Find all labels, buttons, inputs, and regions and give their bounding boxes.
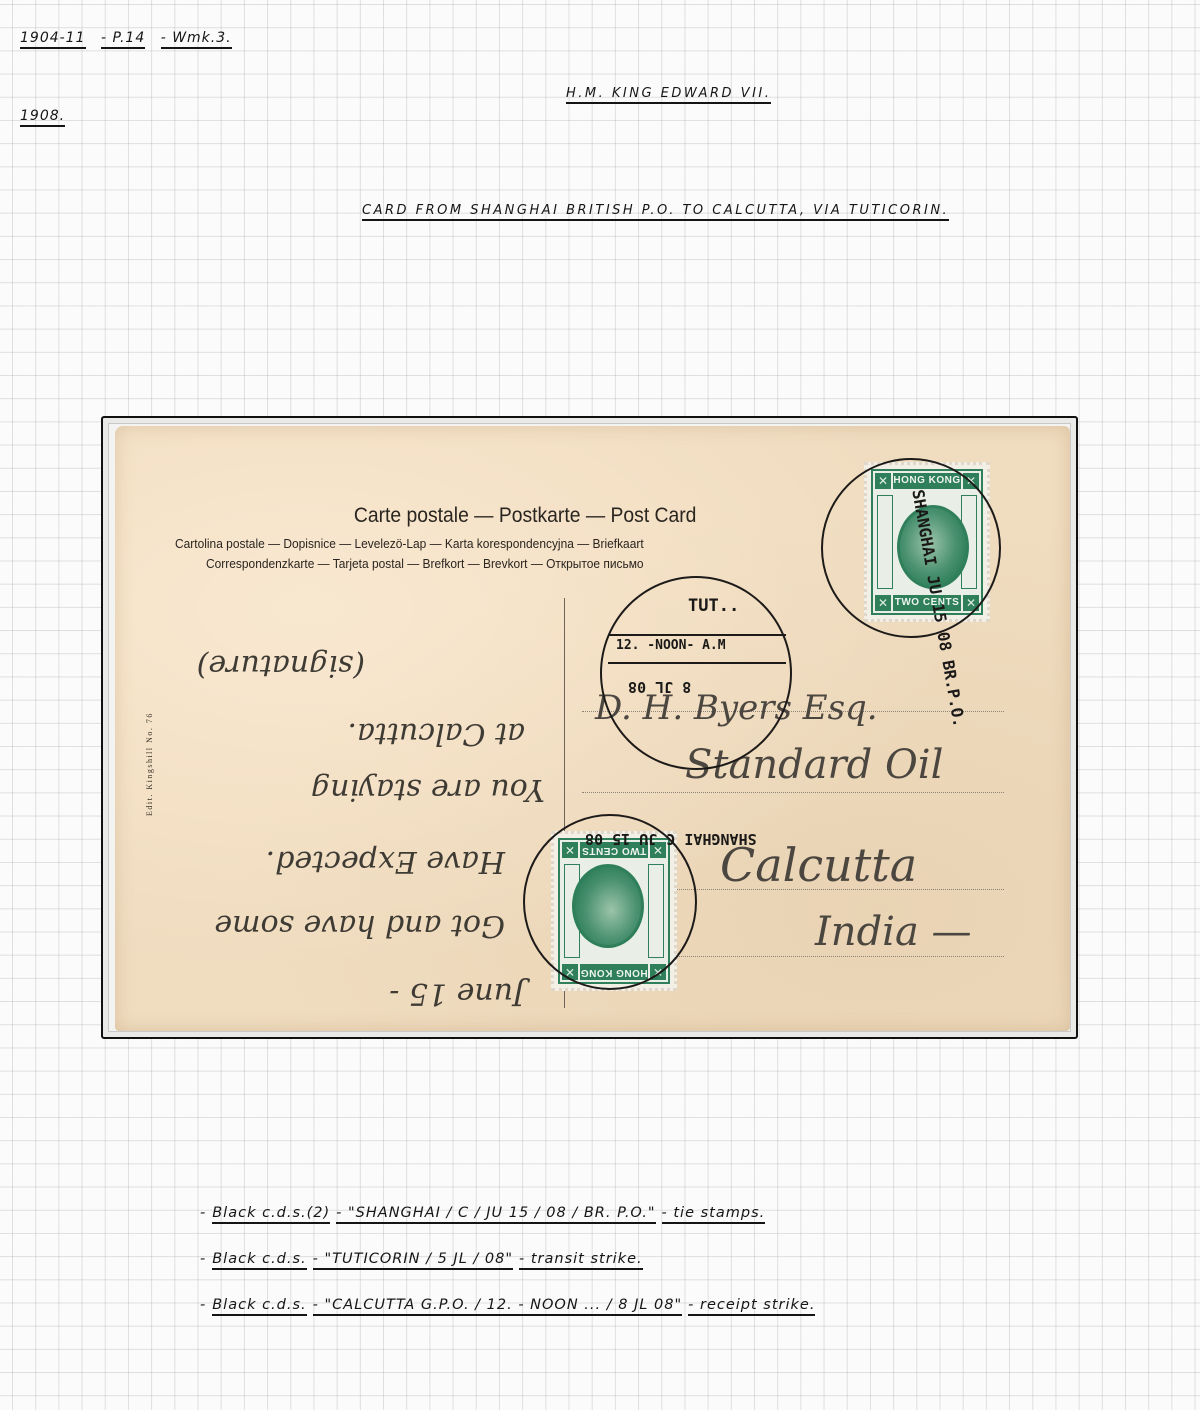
note-label: Black c.d.s. <box>212 1251 306 1270</box>
note-role: - transit strike. <box>519 1251 643 1270</box>
note-row: -Black c.d.s.- "TUTICORIN / 5 JL / 08"- … <box>200 1251 821 1297</box>
issue-years: 1904-11 <box>20 30 86 49</box>
message-line: Have Expected. <box>266 844 505 879</box>
postmark-text: SHANGHAI JU 15 08 BR.P.O. <box>908 488 969 728</box>
message-line: You are staying <box>311 772 545 807</box>
postmark-tuticorin: TUT.. 12. -NOON- A.M 8 JL 08 <box>600 576 792 770</box>
postmark-shanghai-1: SHANGHAI JU 15 08 BR.P.O. <box>821 458 1001 638</box>
address-line-2 <box>582 792 1004 793</box>
postmark-time: 12. -NOON- A.M <box>616 638 726 653</box>
postcard: Carte postale — Postkarte — Post Card Ca… <box>115 426 1070 1031</box>
postcard-title: Carte postale — Postkarte — Post Card <box>115 504 696 528</box>
message-line: at Calcutta. <box>347 716 525 751</box>
issue-heading: 1904-11 - P.14 - Wmk.3. <box>20 30 242 46</box>
note-row: -Black c.d.s.- "CALCUTTA G.P.O. / 12. - … <box>200 1297 821 1343</box>
note-role: - receipt strike. <box>688 1297 815 1316</box>
note-row: -Black c.d.s.(2)- "SHANGHAI / C / JU 15 … <box>200 1205 821 1251</box>
message-signature: (signature) <box>197 648 365 683</box>
postmark-name: TUT.. <box>688 596 739 616</box>
reign-title: H.M. KING EDWARD VII. <box>566 86 771 104</box>
note-label: Black c.d.s.(2) <box>212 1205 330 1224</box>
note-role: - tie stamps. <box>662 1205 766 1224</box>
note-label: Black c.d.s. <box>212 1297 306 1316</box>
postcard-subtitle-1: Cartolina postale — Dopisnice — Levelezö… <box>175 536 644 551</box>
note-dash: - <box>200 1205 206 1221</box>
message-line: Got and have some <box>214 908 505 943</box>
note-dash: - <box>200 1297 206 1313</box>
postcard-subtitle-2: Correspondenzkarte — Tarjeta postal — Br… <box>206 556 644 571</box>
postmark-shanghai-2: SHANGHAI C JU 15 08 <box>523 814 697 990</box>
note-text: - "TUTICORIN / 5 JL / 08" <box>313 1251 513 1270</box>
handwritten-message: June 15 - Got and have some Have Expecte… <box>145 634 565 1019</box>
postmark-notes: -Black c.d.s.(2)- "SHANGHAI / C / JU 15 … <box>200 1205 821 1343</box>
postmark-text: SHANGHAI C JU 15 08 <box>585 830 757 848</box>
note-dash: - <box>200 1251 206 1267</box>
message-date: June 15 - <box>389 976 525 1011</box>
card-description: CARD FROM SHANGHAI BRITISH P.O. TO CALCU… <box>362 203 949 221</box>
note-text: - "SHANGHAI / C / JU 15 / 08 / BR. P.O." <box>336 1205 655 1224</box>
issue-perforation: - P.14 <box>101 30 145 49</box>
year-heading: 1908. <box>20 108 65 127</box>
postmark-date: 8 JL 08 <box>628 678 691 696</box>
address-country: India — <box>815 909 972 955</box>
note-text: - "CALCUTTA G.P.O. / 12. - NOON ... / 8 … <box>313 1297 683 1316</box>
issue-watermark: - Wmk.3. <box>161 30 232 49</box>
